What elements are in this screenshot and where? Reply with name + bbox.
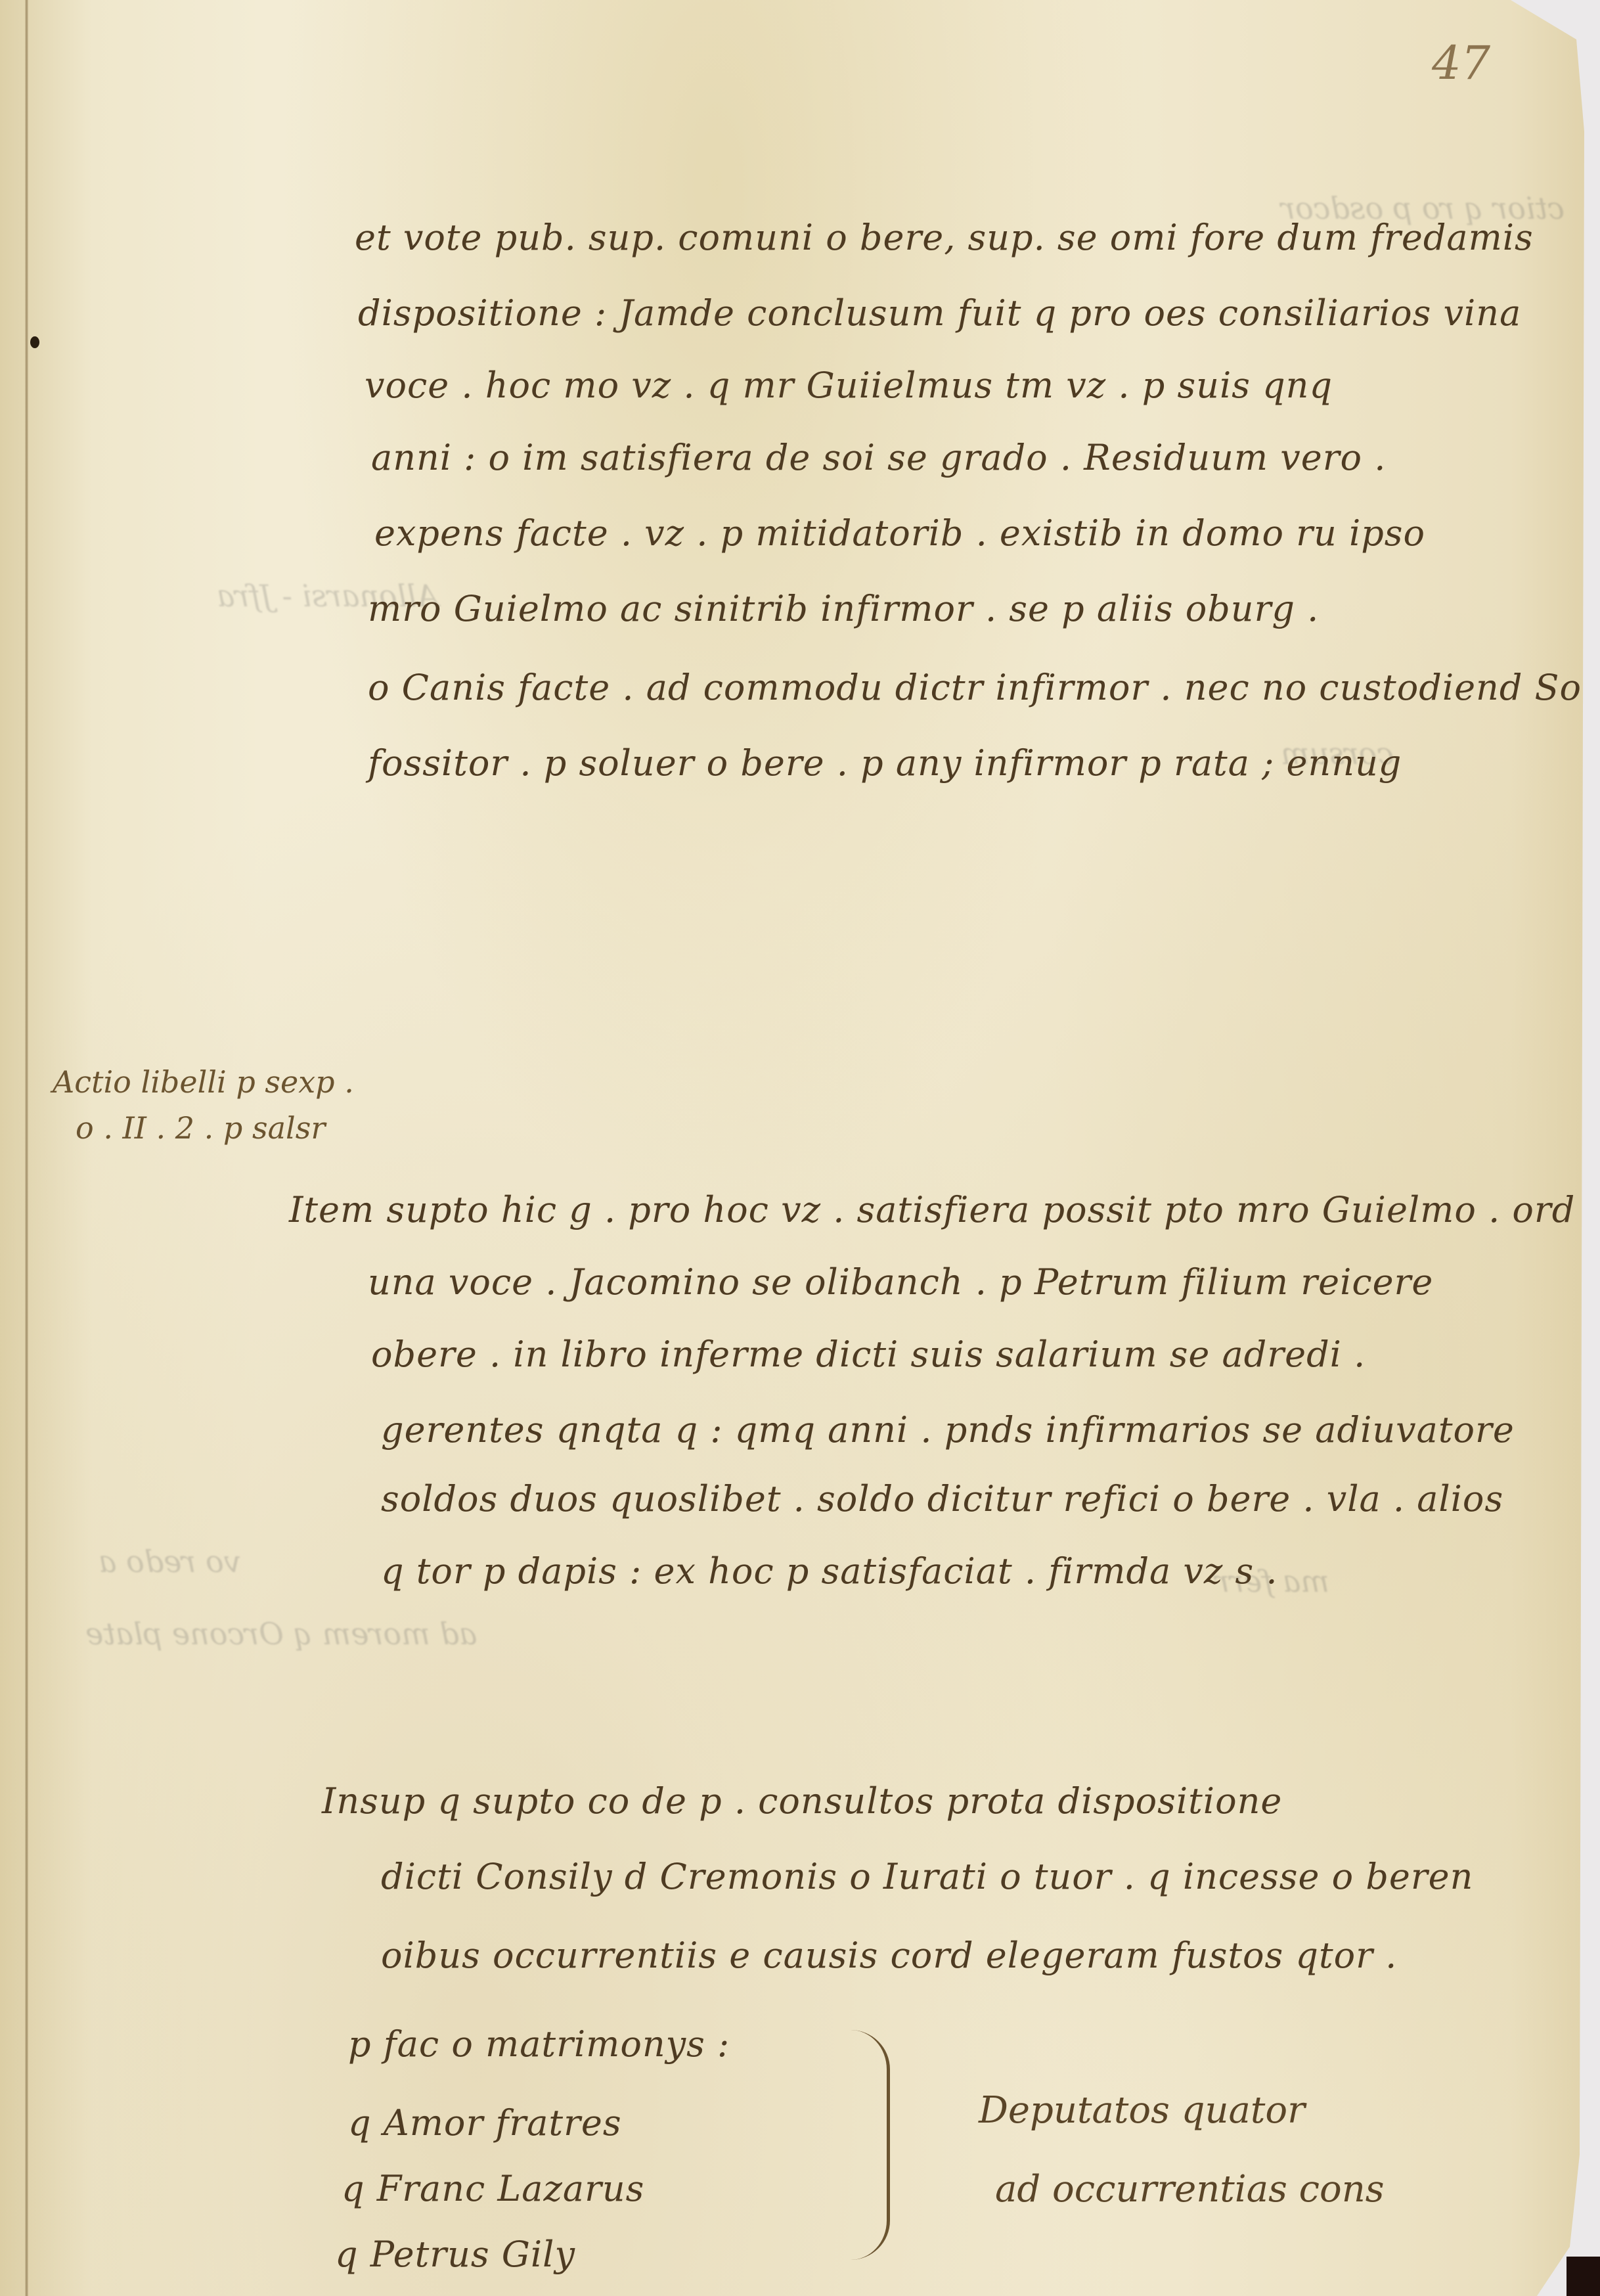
text-line: voce . hoc mo vz . q mr Guiielmus tm vz … — [365, 365, 1333, 406]
binding-gutter — [25, 0, 28, 2296]
text-line: fossitor . p soluer o bere . p any infir… — [368, 742, 1402, 784]
text-line: dicti Consily d Cremonis o Iurati o tuor… — [381, 1856, 1473, 1897]
text-line: dispositione : Jamde conclusum fuit q pr… — [358, 292, 1521, 334]
list-item: q Franc Lazarus — [342, 2168, 644, 2209]
text-line: gerentes qnqta q : qmq anni . pnds infir… — [381, 1409, 1515, 1451]
text-line: anni : o im satisfiera de soi se grado .… — [371, 437, 1386, 478]
text-line: o Canis facte . ad commodu dictr infirmo… — [368, 667, 1600, 708]
deputies-line: ad occurrentias cons — [995, 2168, 1385, 2211]
margin-note-line: o . II . 2 . p salsr — [76, 1110, 325, 1146]
text-line: q tor p dapis : ex hoc p satisfaciat . f… — [381, 1550, 1278, 1592]
text-line: oibus occurrentiis e causis cord elegera… — [381, 1935, 1397, 1976]
text-line: Item supto hic g . pro hoc vz . satisfie… — [289, 1189, 1575, 1230]
grouping-bracket — [847, 2030, 890, 2260]
text-line: obere . in libro inferme dicti suis sala… — [371, 1334, 1366, 1375]
text-line: expens facte . vz . p mitidatorib . exis… — [374, 512, 1425, 554]
text-line: et vote pub. sup. comuni o bere, sup. se… — [355, 217, 1534, 258]
list-item: q Petrus Gily — [335, 2234, 575, 2275]
bleed-through-text: ad morem q Orcone plate — [85, 1616, 477, 1652]
text-line: mro Guielmo ac sinitrib infirmor . se p … — [368, 588, 1319, 629]
folio-number: 47 — [1432, 36, 1490, 90]
text-line: soldos duos quoslibet . soldo dicitur re… — [381, 1478, 1503, 1519]
list-item: p fac o matrimonys : — [348, 2023, 730, 2065]
deputies-line: Deputatos quator — [979, 2089, 1305, 2132]
bleed-through-text: vo redo a — [99, 1544, 241, 1579]
worm-hole — [30, 336, 39, 348]
text-line: Insup q supto co de p . consultos prota … — [322, 1780, 1282, 1822]
margin-note-line: Actio libelli p sexp . — [53, 1064, 354, 1100]
manuscript-page: ctior q ro p osdcor Allonarsi - Jfra cor… — [0, 0, 1589, 2296]
list-item: q Amor fratres — [348, 2102, 622, 2144]
text-line: una voce . Jacomino se olibanch . p Petr… — [368, 1261, 1433, 1303]
backing-corner — [1567, 2257, 1600, 2296]
